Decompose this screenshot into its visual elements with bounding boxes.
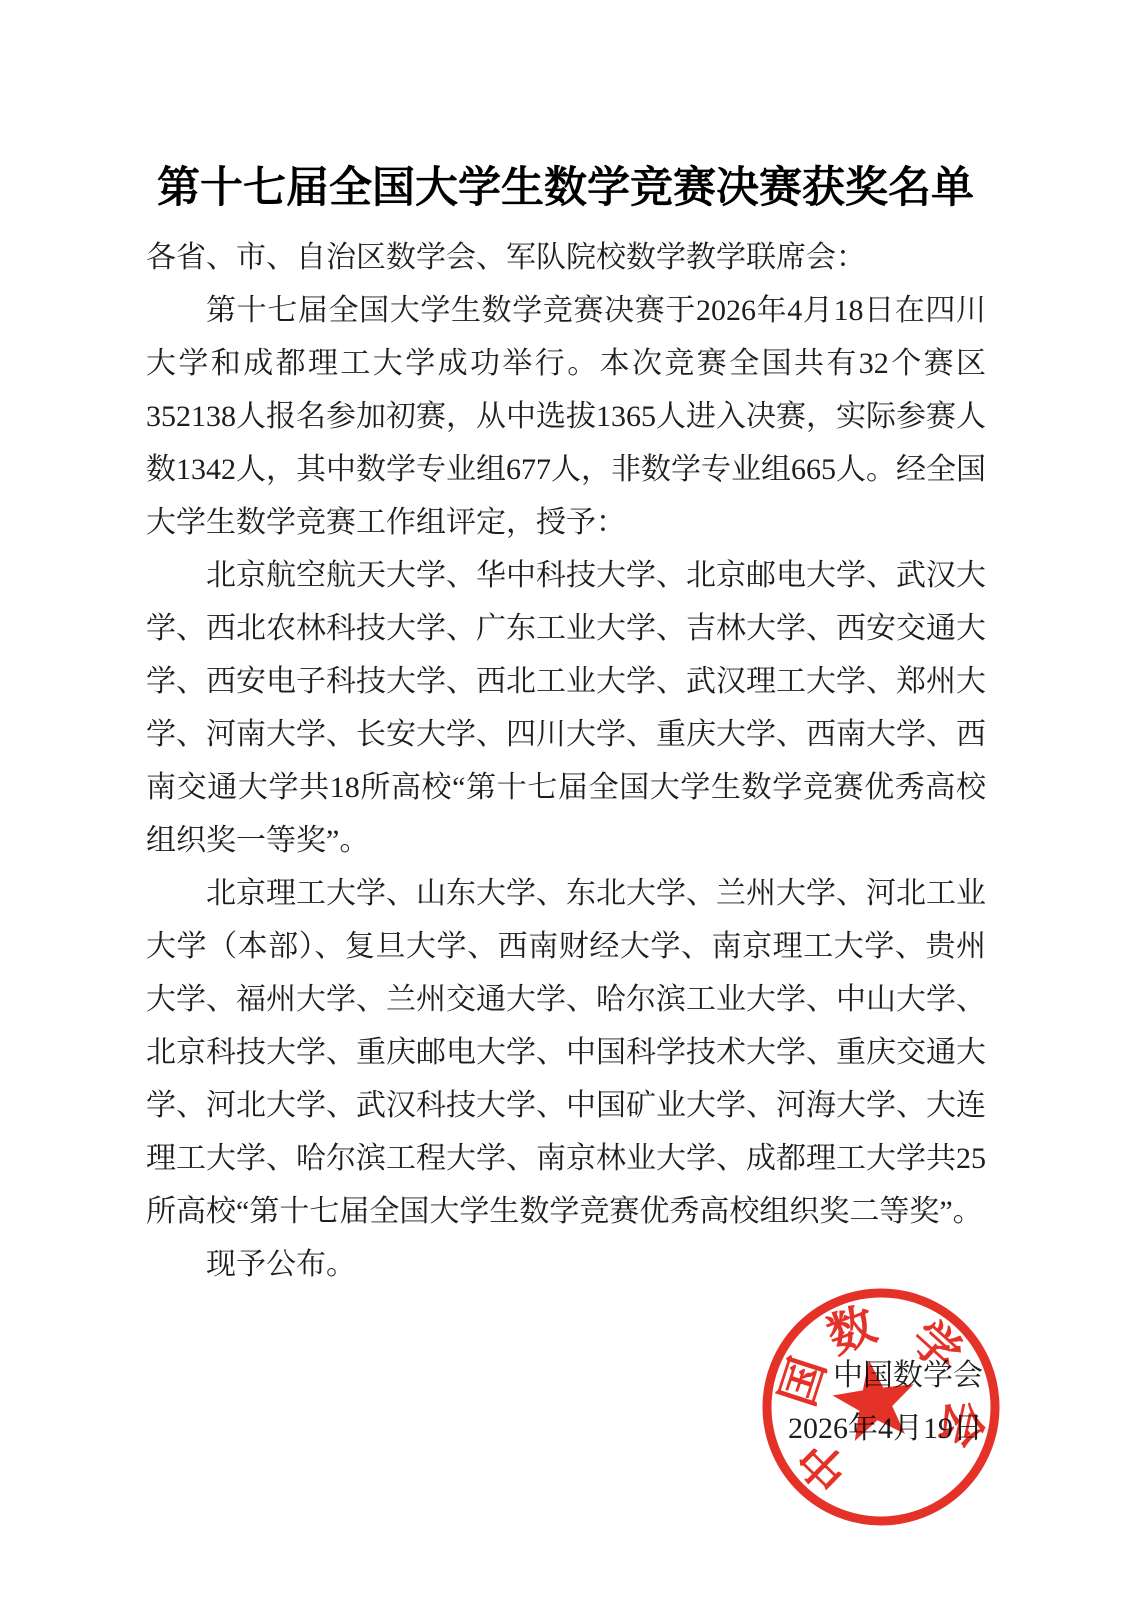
body-line: 352138人报名参加初赛，从中选拔1365人进入决赛，实际参赛人	[146, 390, 986, 443]
body-line: 南交通大学共18所高校“第十七届全国大学生数学竞赛优秀高校	[146, 761, 986, 814]
seal-star-icon	[833, 1360, 914, 1441]
body-line: 北京理工大学、山东大学、东北大学、兰州大学、河北工业	[146, 867, 986, 920]
document-title: 第十七届全国大学生数学竞赛决赛获奖名单	[0, 154, 1131, 215]
body-line: 第十七届全国大学生数学竞赛决赛于2026年4月18日在四川	[146, 284, 986, 337]
body-line: 北京航空航天大学、华中科技大学、北京邮电大学、武汉大	[146, 549, 986, 602]
body-line: 大学（本部）、复旦大学、西南财经大学、南京理工大学、贵州	[146, 920, 986, 973]
body-line: 大学、福州大学、兰州交通大学、哈尔滨工业大学、中山大学、	[146, 973, 986, 1026]
body-line: 学、西安电子科技大学、西北工业大学、武汉理工大学、郑州大	[146, 655, 986, 708]
seal-ring-char: 会	[930, 1395, 991, 1452]
body-line: 学、河南大学、长安大学、四川大学、重庆大学、西南大学、西	[146, 708, 986, 761]
body-line: 所高校“第十七届全国大学生数学竞赛优秀高校组织奖二等奖”。	[146, 1185, 986, 1238]
body-line: 学、河北大学、武汉科技大学、中国矿业大学、河海大学、大连	[146, 1079, 986, 1132]
body-line: 数1342人，其中数学专业组677人，非数学专业组665人。经全国	[146, 443, 986, 496]
body-line: 各省、市、自治区数学会、军队院校数学教学联席会：	[146, 231, 986, 284]
body-line: 理工大学、哈尔滨工程大学、南京林业大学、成都理工大学共25	[146, 1132, 986, 1185]
body-line: 学、西北农林科技大学、广东工业大学、吉林大学、西安交通大	[146, 602, 986, 655]
body-line: 北京科技大学、重庆邮电大学、中国科学技术大学、重庆交通大	[146, 1026, 986, 1079]
document-body: 各省、市、自治区数学会、军队院校数学教学联席会：第十七届全国大学生数学竞赛决赛于…	[146, 231, 986, 1291]
official-seal-icon: 中 国 数 学 会	[756, 1282, 1006, 1532]
document-page: 第十七届全国大学生数学竞赛决赛获奖名单 各省、市、自治区数学会、军队院校数学教学…	[0, 0, 1131, 1600]
body-line: 大学生数学竞赛工作组评定，授予：	[146, 496, 986, 549]
body-line: 大学和成都理工大学成功举行。本次竞赛全国共有32个赛区	[146, 337, 986, 390]
body-line: 组织奖一等奖”。	[146, 814, 986, 867]
